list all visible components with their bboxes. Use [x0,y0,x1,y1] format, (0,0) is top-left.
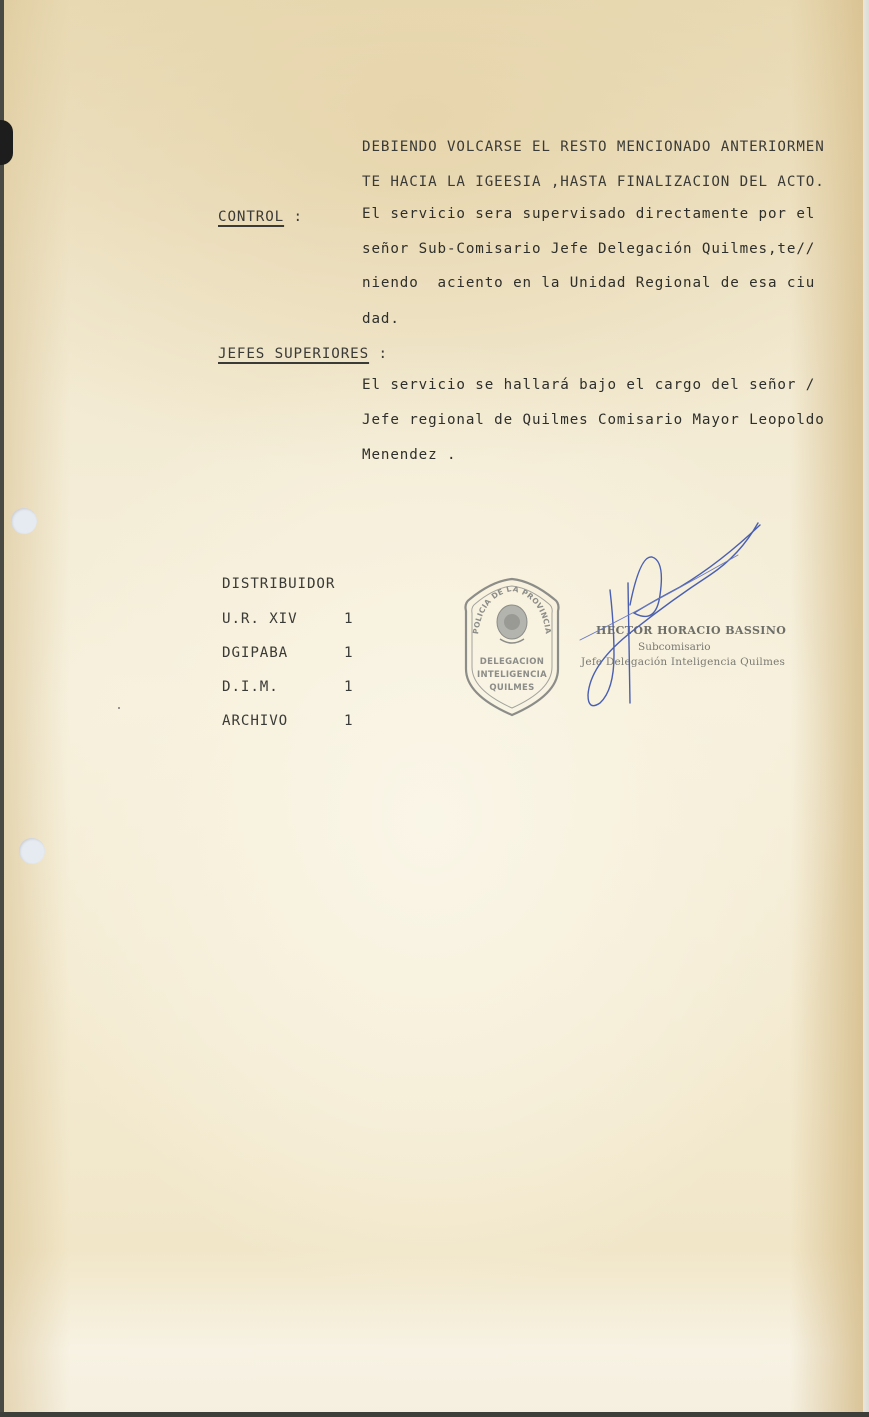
control-line: El servicio sera supervisado directament… [362,204,815,224]
distribution-recipient: U.R. XIV [222,609,298,629]
distribution-recipient: D.I.M. [222,677,279,697]
stamp-line: QUILMES [462,683,562,693]
official-stamp: POLICIA DE LA PROVINCIA DELEGACION INTEL… [462,577,562,717]
control-heading-text: CONTROL [218,209,284,225]
stamp-line: INTELIGENCIA [462,670,562,680]
scan-right-edge [863,0,869,1417]
distribution-recipient: ARCHIVO [222,711,288,731]
control-line: dad. [362,309,400,329]
jefes-superiores-heading-text: JEFES SUPERIORES [218,346,369,362]
distribution-copies: 1 [344,677,353,697]
control-heading-colon: : [294,209,303,225]
jefes-superiores-line: Menendez . [362,445,456,465]
scan-left-edge [0,0,4,1417]
jefes-superiores-line: Jefe regional de Quilmes Comisario Mayor… [362,410,825,430]
stamp-line: DELEGACION [462,657,562,667]
distribution-recipient: DGIPABA [222,643,288,663]
jefes-superiores-heading: JEFES SUPERIORES : [218,344,388,364]
ink-speck [118,707,120,709]
control-line: señor Sub-Comisario Jefe Delegación Quil… [362,239,815,259]
distribution-copies: 1 [344,609,353,629]
control-heading: CONTROL : [218,207,303,227]
police-shield-icon: POLICIA DE LA PROVINCIA [462,577,562,717]
continuation-line: TE HACIA LA IGEESIA ,HASTA FINALIZACION … [362,172,825,192]
punch-hole-icon [11,508,37,534]
scan-bottom-edge [0,1412,869,1417]
distribution-heading: DISTRIBUIDOR [222,574,335,594]
continuation-line: DEBIENDO VOLCARSE EL RESTO MENCIONADO AN… [362,137,825,157]
jefes-superiores-heading-colon: : [379,346,388,362]
punch-hole-icon [19,838,45,864]
signature-icon [570,515,770,715]
handwritten-signature [570,515,770,715]
binder-clip-mark [0,120,13,165]
control-line: niendo aciento en la Unidad Regional de … [362,273,815,293]
distribution-copies: 1 [344,711,353,731]
jefes-superiores-line: El servicio se hallará bajo el cargo del… [362,375,815,395]
distribution-copies: 1 [344,643,353,663]
